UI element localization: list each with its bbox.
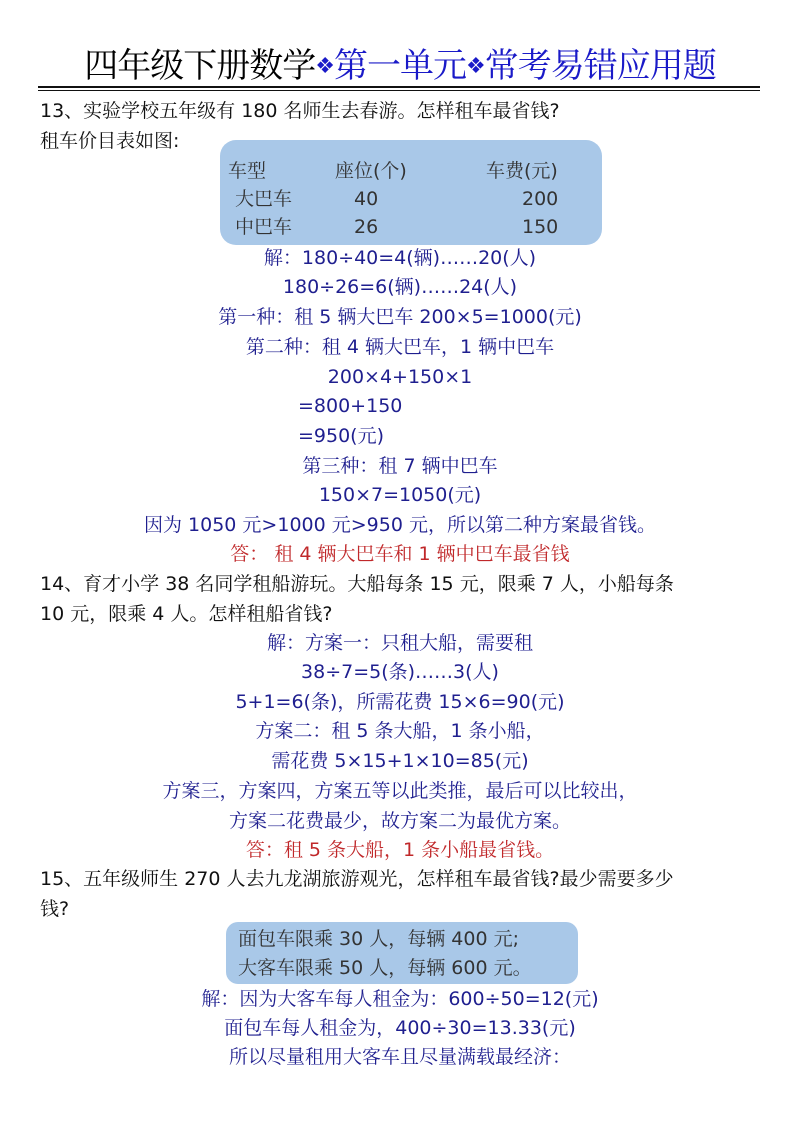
- q14-solution-line: 解：方案一：只租大船，需要租: [0, 630, 800, 656]
- table-cell: 大巴车: [235, 186, 292, 212]
- q15-solution-line: 解：因为大客车每人租金为：600÷50=12(元): [0, 986, 800, 1012]
- diamond-icon: ❖: [315, 54, 334, 79]
- q14-question-line2: 10 元，限乘 4 人。怎样租船省钱?: [40, 601, 332, 627]
- q13-solution-line: 150×7=1050(元): [0, 482, 800, 508]
- title-rule-thin: [38, 90, 760, 91]
- info-line: 大客车限乘 50 人，每辆 600 元。: [238, 955, 532, 981]
- q13-answer: 答： 租 4 辆大巴车和 1 辆中巴车最省钱: [0, 541, 800, 567]
- q14-question-line1: 14、育才小学 38 名同学租船游玩。大船每条 15 元，限乘 7 人，小船每条: [40, 571, 674, 597]
- table-cell: 40: [354, 186, 378, 212]
- q15-question-line1: 15、五年级师生 270 人去九龙湖旅游观光，怎样租车最省钱?最少需要多少: [40, 866, 674, 892]
- q14-solution-line: 方案三，方案四，方案五等以此类推，最后可以比较出，: [0, 778, 800, 804]
- q15-solution-line: 所以尽量租用大客车且尽量满载最经济：: [0, 1044, 800, 1070]
- q14-solution-line: 需花费 5×15+1×10=85(元): [0, 748, 800, 774]
- q14-solution-line: 方案二：租 5 条大船，1 条小船，: [0, 718, 800, 744]
- table-header-seats: 座位(个): [335, 158, 407, 184]
- q13-solution-line: 200×4+150×1: [0, 364, 800, 390]
- q13-solution-line: 180÷26=6(辆)……24(人): [0, 274, 800, 300]
- q15-info-box: 面包车限乘 30 人，每辆 400 元; 大客车限乘 50 人，每辆 600 元…: [226, 922, 578, 984]
- q13-price-table: 车型 座位(个) 车费(元) 大巴车 40 200 中巴车 26 150: [220, 140, 602, 245]
- info-line: 面包车限乘 30 人，每辆 400 元;: [238, 926, 519, 952]
- q14-solution-line: 38÷7=5(条)……3(人): [0, 659, 800, 685]
- title-topic: 常考易错应用题: [485, 46, 716, 86]
- title-grade: 四年级下册数学: [84, 46, 315, 86]
- title-rule-thick: [38, 86, 760, 88]
- q13-solution-line: =950(元): [298, 423, 384, 449]
- table-cell: 26: [354, 214, 378, 240]
- title-unit: 第一单元: [334, 46, 466, 86]
- q13-table-intro: 租车价目表如图:: [40, 128, 179, 154]
- q13-solution-line: 第一种：租 5 辆大巴车 200×5=1000(元): [0, 304, 800, 330]
- q14-solution-line: 5+1=6(条)，所需花费 15×6=90(元): [0, 689, 800, 715]
- q14-solution-line: 方案二花费最少，故方案二为最优方案。: [0, 808, 800, 834]
- q13-conclusion: 因为 1050 元>1000 元>950 元，所以第二种方案最省钱。: [0, 512, 800, 538]
- q13-question: 13、实验学校五年级有 180 名师生去春游。怎样租车最省钱?: [40, 98, 560, 124]
- q14-answer: 答：租 5 条大船，1 条小船最省钱。: [0, 837, 800, 863]
- q13-solution-line: 第三种：租 7 辆中巴车: [0, 453, 800, 479]
- diamond-icon: ❖: [466, 54, 485, 79]
- table-cell: 150: [522, 214, 558, 240]
- table-cell: 中巴车: [235, 214, 292, 240]
- table-cell: 200: [522, 186, 558, 212]
- q13-solution-line: 解：180÷40=4(辆)……20(人): [0, 245, 800, 271]
- q13-solution-line: =800+150: [298, 393, 402, 419]
- q13-solution-line: 第二种：租 4 辆大巴车，1 辆中巴车: [0, 334, 800, 360]
- page-title: 四年级下册数学❖第一单元❖常考易错应用题: [40, 44, 760, 88]
- q15-question-line2: 钱?: [40, 896, 69, 922]
- table-header-type: 车型: [228, 158, 266, 184]
- table-header-fee: 车费(元): [486, 158, 558, 184]
- q15-solution-line: 面包车每人租金为，400÷30=13.33(元): [0, 1015, 800, 1041]
